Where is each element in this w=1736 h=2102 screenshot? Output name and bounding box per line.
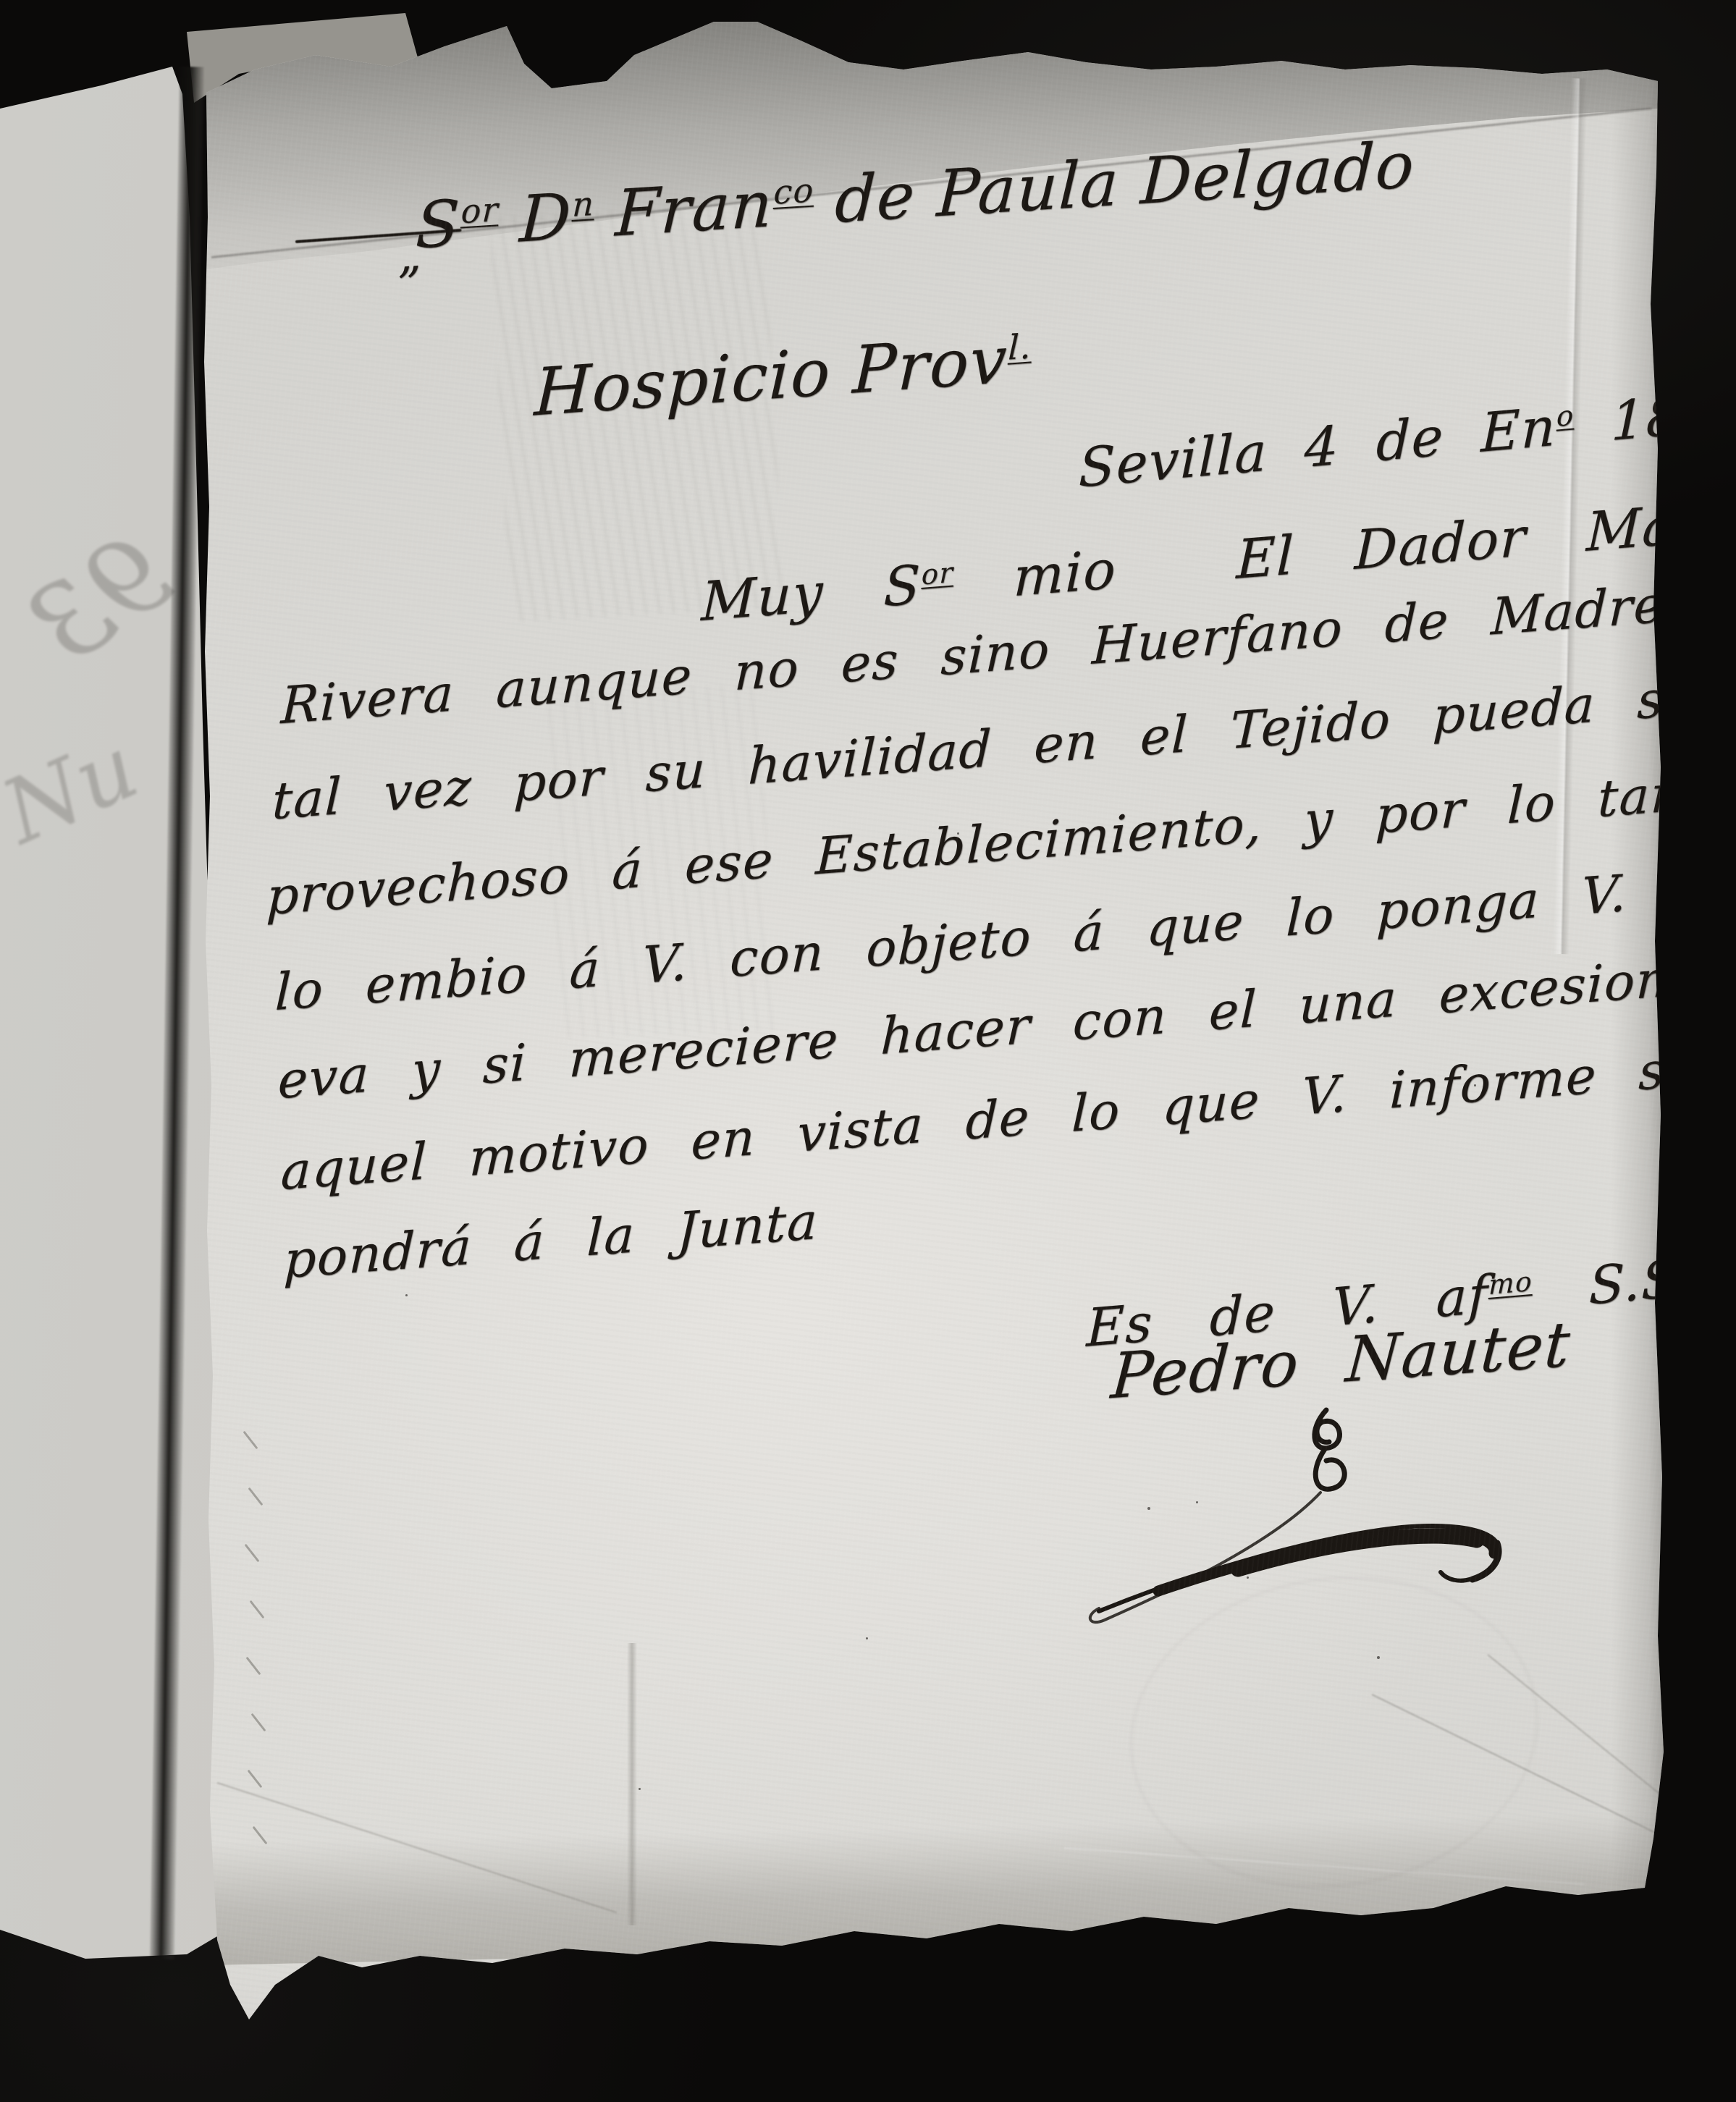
scanned-letter-photo: 93 Nu	[0, 0, 1736, 2102]
gutter-stitch-tick	[251, 1713, 266, 1731]
body-line-7: pondrá á la Junta	[283, 1191, 819, 1291]
diagonal-crease-bottom-right-2	[1487, 1654, 1702, 1828]
gutter-stitch-tick	[248, 1487, 264, 1506]
addressee-surname: de Paula Delgado	[812, 127, 1417, 239]
bottom-deckle-shadow	[205, 1812, 1666, 1965]
letter-page: Sor Dn Franco de Paula Delgado „ Hospici…	[0, 0, 1736, 2102]
dust-speck	[405, 1294, 408, 1296]
dust-speck	[639, 1788, 641, 1790]
pencil-showthrough-mark-nu: Nu	[0, 715, 152, 864]
diagonal-crease-bottom-right-1	[1372, 1694, 1711, 1860]
dust-speck	[1377, 1656, 1380, 1659]
pencil-showthrough-mark-93: 93	[8, 509, 193, 691]
gutter-stitch-tick	[250, 1600, 265, 1618]
gutter-stitch-tick	[253, 1826, 268, 1844]
gutter-stitch-tick	[245, 1544, 260, 1562]
gutter-stitch-tick	[246, 1657, 261, 1675]
gutter-stitch-tick	[243, 1431, 258, 1449]
crease-highlight-bottom	[1064, 1847, 1584, 1885]
addressee-firstname: Franco	[593, 164, 816, 252]
gutter-stitch-tick	[248, 1770, 263, 1788]
signature-rubric-flourish	[1071, 1404, 1549, 1650]
addressee-don: Dn	[497, 177, 596, 258]
ditto-mark: „	[395, 229, 424, 284]
diagonal-crease-bottom-left	[217, 1782, 617, 1913]
dust-speck	[866, 1637, 868, 1639]
vertical-crease-bottom-center	[627, 1643, 637, 1925]
addressee-honorific: Sor	[414, 183, 500, 263]
